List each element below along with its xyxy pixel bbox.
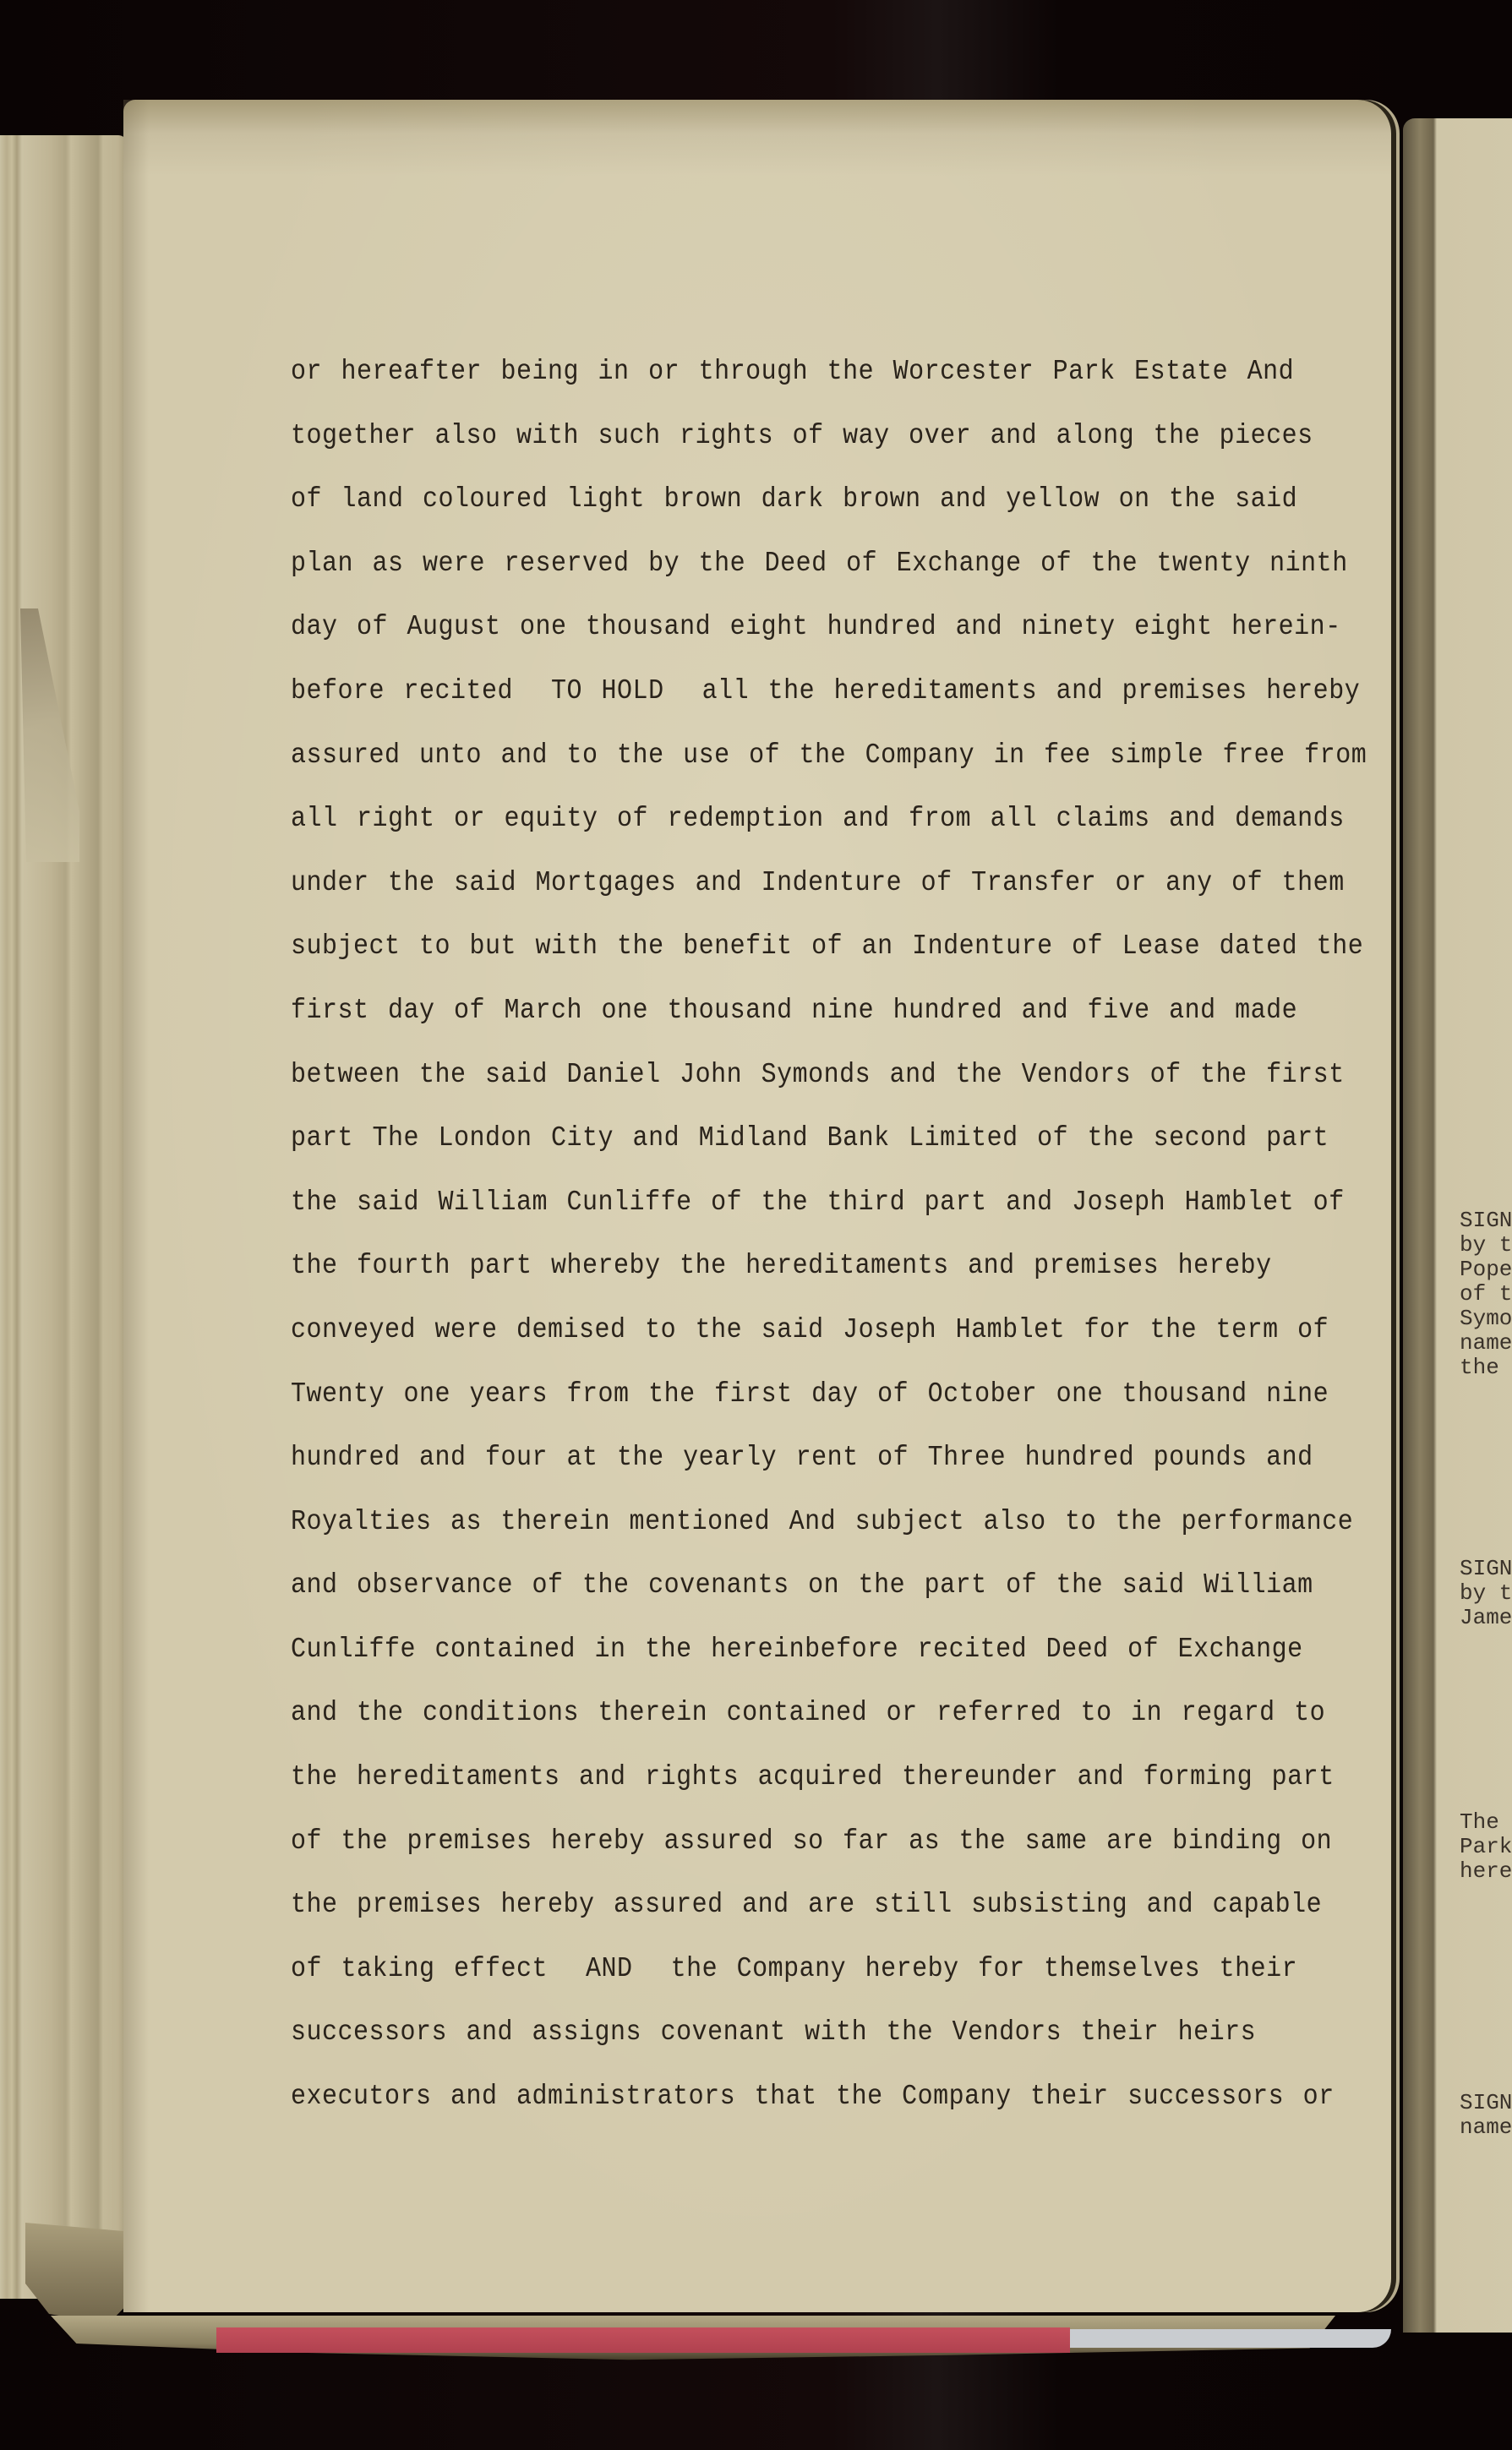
- deed-text-line: subject to but with the benefit of an In…: [291, 928, 1415, 1000]
- margin-note-line: by t: [1460, 1581, 1512, 1606]
- red-binding-strip: [216, 2327, 1070, 2353]
- margin-note-line: Jame: [1460, 1606, 1512, 1630]
- deed-text-line: and observance of the covenants on the p…: [291, 1567, 1415, 1639]
- margin-note-block: SIGNname: [1460, 2091, 1512, 2140]
- deed-text-line: before recited TO HOLD all the hereditam…: [291, 673, 1415, 745]
- deed-text-line: of taking effect AND the Company hereby …: [291, 1951, 1415, 2022]
- deed-text-line: conveyed were demised to the said Joseph…: [291, 1312, 1415, 1383]
- margin-note-line: here: [1460, 1859, 1512, 1884]
- deed-text-line: between the said Daniel John Symonds and…: [291, 1056, 1415, 1128]
- margin-note-line: The: [1460, 1810, 1512, 1835]
- deed-text-line: under the said Mortgages and Indenture o…: [291, 865, 1415, 936]
- margin-note-line: of t: [1460, 1282, 1512, 1307]
- margin-note-line: Pope: [1460, 1258, 1512, 1282]
- deed-text-line: day of August one thousand eight hundred…: [291, 608, 1415, 680]
- margin-note-line: by t: [1460, 1233, 1512, 1258]
- deed-text-line: and the conditions therein contained or …: [291, 1694, 1415, 1766]
- margin-note-block: SIGNby tJame: [1460, 1557, 1512, 1630]
- margin-note-line: SIGN: [1460, 1557, 1512, 1581]
- deed-text-line: together also with such rights of way ov…: [291, 417, 1415, 489]
- gutter-shadow: [123, 100, 149, 2312]
- margin-note-line: the: [1460, 1356, 1512, 1380]
- deed-text-line: Royalties as therein mentioned And subje…: [291, 1503, 1415, 1575]
- grey-binding-strip: [1070, 2329, 1391, 2348]
- deed-text-line: assured unto and to the use of the Compa…: [291, 737, 1415, 809]
- margin-note-block: SIGNby tPopeof tSymonamethe: [1460, 1209, 1512, 1380]
- deed-text-line: part The London City and Midland Bank Li…: [291, 1120, 1415, 1192]
- deed-text-line: of land coloured light brown dark brown …: [291, 481, 1415, 553]
- deed-text-line: Cunliffe contained in the hereinbefore r…: [291, 1631, 1415, 1703]
- margin-note-line: Park: [1460, 1835, 1512, 1859]
- deed-text-line: executors and administrators that the Co…: [291, 2078, 1415, 2150]
- deed-text-line: the premises hereby assured and are stil…: [291, 1886, 1415, 1958]
- deed-text-line: plan as were reserved by the Deed of Exc…: [291, 545, 1415, 617]
- deed-body-text: or hereafter being in or through the Wor…: [291, 353, 1415, 2142]
- margin-note-block: The Parkhere: [1460, 1810, 1512, 1884]
- deed-text-line: the fourth part whereby the hereditament…: [291, 1247, 1415, 1319]
- deed-text-line: or hereafter being in or through the Wor…: [291, 353, 1415, 425]
- margin-note-line: name: [1460, 2115, 1512, 2140]
- margin-note-line: name: [1460, 1331, 1512, 1356]
- deed-text-line: hundred and four at the yearly rent of T…: [291, 1439, 1415, 1511]
- deed-text-line: the hereditaments and rights acquired th…: [291, 1759, 1415, 1831]
- margin-note-line: Symo: [1460, 1307, 1512, 1331]
- right-margin-signature-notes: SIGNby tPopeof tSymonamethe SIGNby tJame…: [1460, 0, 1512, 2450]
- bound-page-edges-left: [0, 135, 127, 2299]
- deed-text-line: successors and assigns covenant with the…: [291, 2014, 1415, 2086]
- deed-text-line: the said William Cunliffe of the third p…: [291, 1184, 1415, 1256]
- margin-note-line: SIGN: [1460, 1209, 1512, 1233]
- deed-text-line: of the premises hereby assured so far as…: [291, 1823, 1415, 1895]
- torn-page-flap: [20, 608, 79, 862]
- margin-note-line: SIGN: [1460, 2091, 1512, 2115]
- deed-text-line: first day of March one thousand nine hun…: [291, 992, 1415, 1064]
- deed-text-line: Twenty one years from the first day of O…: [291, 1376, 1415, 1448]
- deed-text-line: all right or equity of redemption and fr…: [291, 800, 1415, 872]
